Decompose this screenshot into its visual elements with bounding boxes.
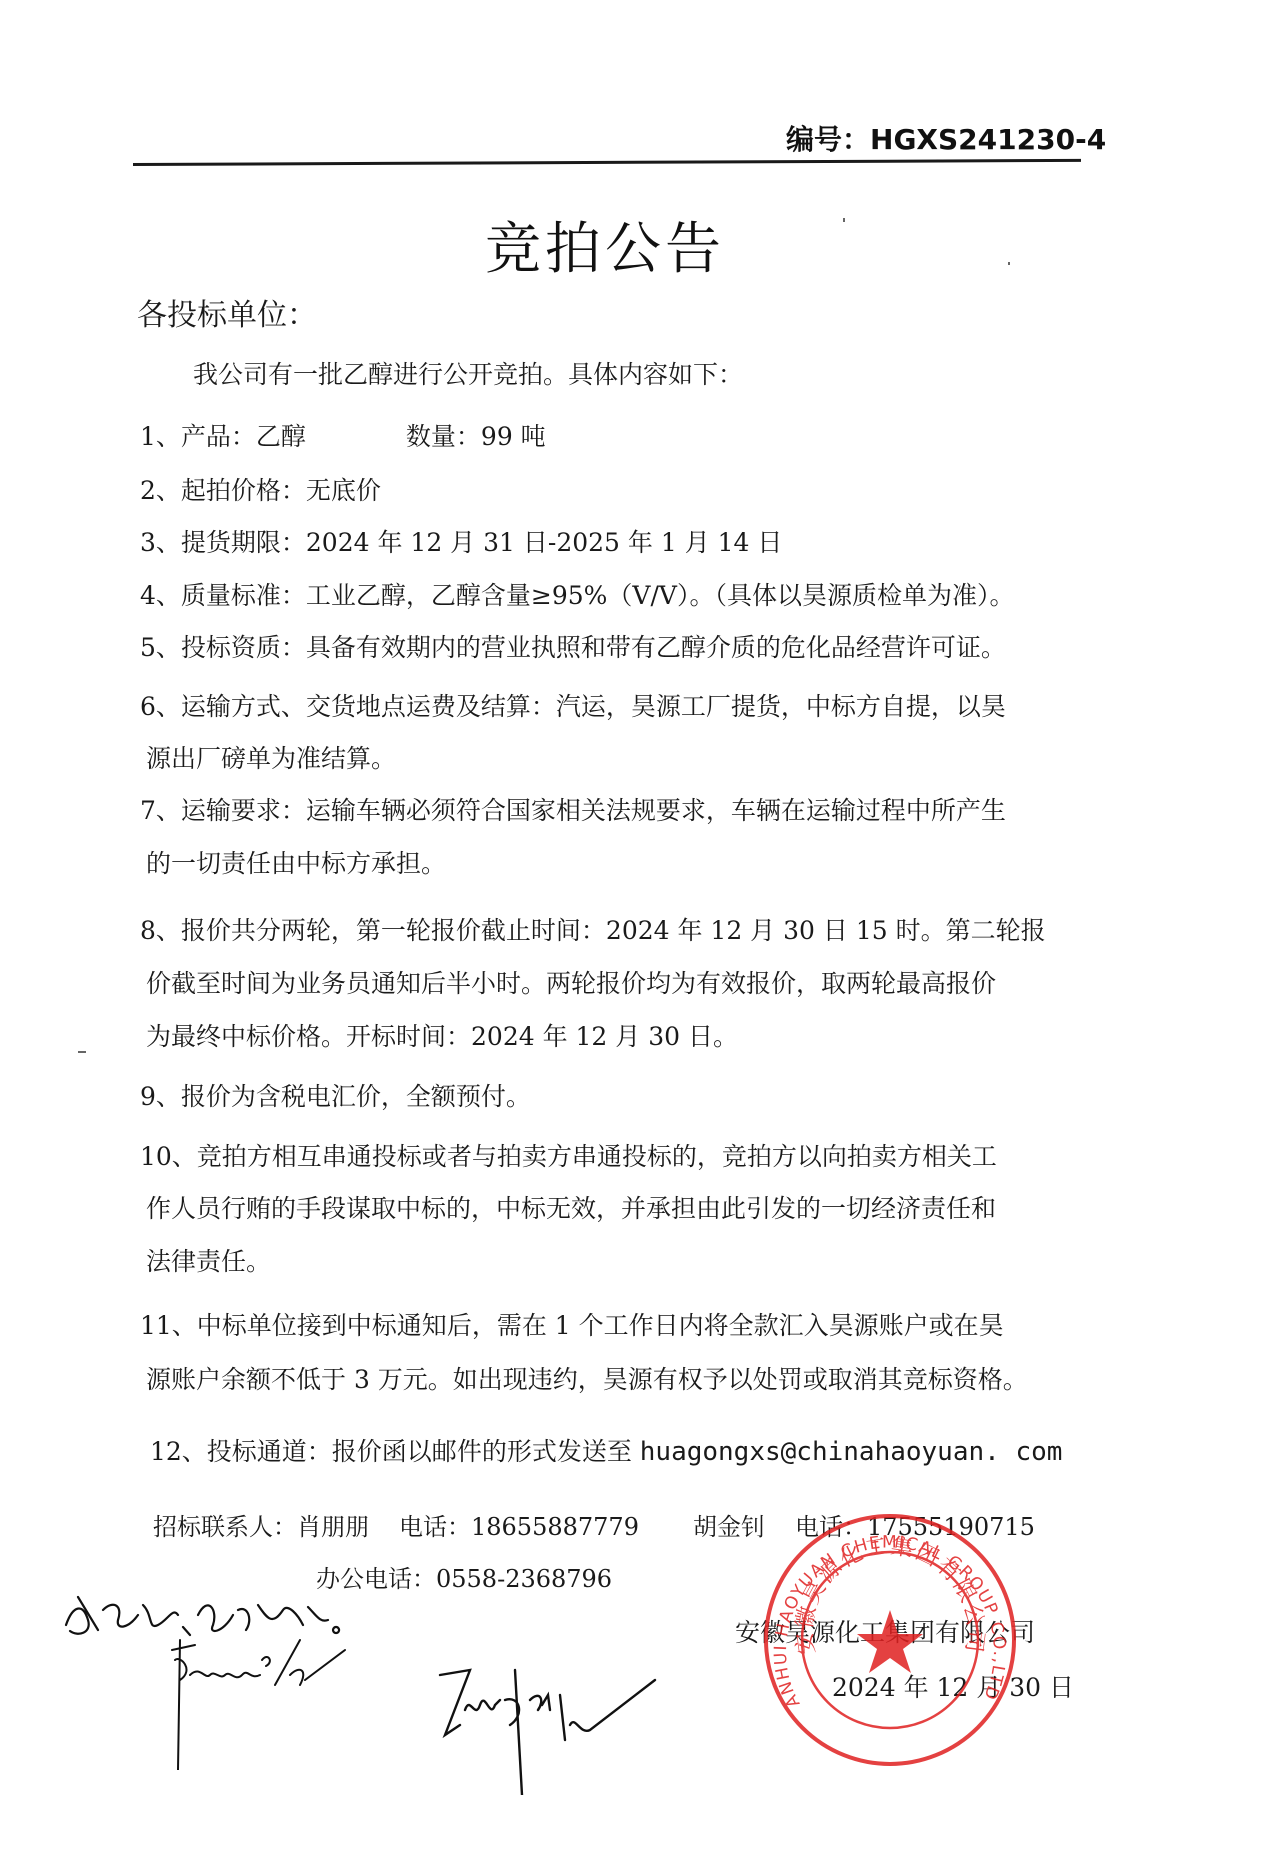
header-rule [133, 159, 1081, 166]
scan-speck [78, 1051, 86, 1053]
intro-paragraph: 我公司有一批乙醇进行公开竞拍。具体内容如下： [193, 355, 743, 391]
item-10-collusion-line-3: 法律责任。 [146, 1242, 271, 1278]
salutation: 各投标单位： [137, 290, 317, 334]
contact-1-phone-label: 电话： [399, 1513, 471, 1541]
item-8-quote-rounds-line-1: 8、报价共分两轮，第一轮报价截止时间：2024 年 12 月 30 日 15 时… [140, 911, 1046, 947]
item-9-payment: 9、报价为含税电汇价，全额预付。 [140, 1077, 531, 1113]
document-number-value: HGXS241230-4 [870, 123, 1106, 156]
item-4-quality-standard: 4、质量标准：工业乙醇，乙醇含量≥95%（V/V）。（具体以昊源质检单为准）。 [140, 576, 1014, 612]
item-11-winner-payment-line-2: 源账户余额不低于 3 万元。如出现违约，昊源有权予以处罚或取消其竞标资格。 [146, 1360, 1028, 1396]
item-10-collusion-line-1: 10、竞拍方相互串通投标或者与拍卖方串通投标的，竞拍方以向拍卖方相关工 [140, 1137, 997, 1173]
item-6-transport-line-1: 6、运输方式、交货地点运费及结算：汽运，昊源工厂提货，中标方自提，以昊 [140, 687, 1006, 723]
contact-1-phone: 18655887779 [471, 1513, 639, 1541]
document-number: 编号：HGXS241230-4 [786, 118, 1106, 158]
item-8-quote-rounds-line-2: 价截至时间为业务员通知后半小时。两轮报价均为有效报价，取两轮最高报价 [146, 964, 996, 1000]
item-12-submission-channel: 12、投标通道：报价函以邮件的形式发送至 huagongxs@chinahaoy… [150, 1432, 1062, 1468]
scan-speck [843, 218, 845, 222]
item-6-transport-line-2: 源出厂磅单为准结算。 [146, 739, 396, 775]
office-phone: 0558-2368796 [436, 1565, 612, 1593]
handwritten-signature-middle [430, 1665, 660, 1795]
item-7-transport-req-line-2: 的一切责任由中标方承担。 [146, 844, 446, 880]
contact-1-name: 肖朋朋 [297, 1513, 369, 1541]
contact-2-name: 胡金钊 [693, 1513, 765, 1541]
document-number-label: 编号： [786, 123, 870, 156]
item-2-start-price: 2、起拍价格：无底价 [140, 471, 381, 507]
handwritten-signature-left [150, 1630, 350, 1770]
item-12-label: 12、投标通道：报价函以邮件的形式发送至 [150, 1437, 640, 1466]
submission-email-link[interactable]: huagongxs@chinahaoyuan. com [640, 1437, 1063, 1467]
item-8-quote-rounds-line-3: 为最终中标价格。开标时间：2024 年 12 月 30 日。 [146, 1017, 738, 1053]
item-11-winner-payment-line-1: 11、中标单位接到中标通知后，需在 1 个工作日内将全款汇入昊源账户或在昊 [140, 1306, 1004, 1342]
office-phone-row: 办公电话：0558-2368796 [316, 1559, 612, 1594]
item-5-qualification: 5、投标资质：具备有效期内的营业执照和带有乙醇介质的危化品经营许可证。 [140, 628, 1006, 664]
contact-label: 招标联系人： [153, 1513, 297, 1541]
item-10-collusion-line-2: 作人员行贿的手段谋取中标的，中标无效，并承担由此引发的一切经济责任和 [146, 1189, 996, 1225]
item-7-transport-req-line-1: 7、运输要求：运输车辆必须符合国家相关法规要求，车辆在运输过程中所产生 [140, 791, 1006, 827]
stamp-star-icon [857, 1610, 923, 1673]
item-1-product: 1、产品：乙醇 数量：99 吨 [140, 417, 546, 453]
page-title: 竞拍公告 [0, 205, 1210, 285]
company-seal-stamp: ANHUI HAOYUAN CHEMICAL GROUP CO.,LTD. 安徽… [760, 1510, 1020, 1770]
scan-speck [1008, 262, 1010, 265]
item-3-pickup-period: 3、提货期限：2024 年 12 月 31 日-2025 年 1 月 14 日 [140, 523, 782, 559]
